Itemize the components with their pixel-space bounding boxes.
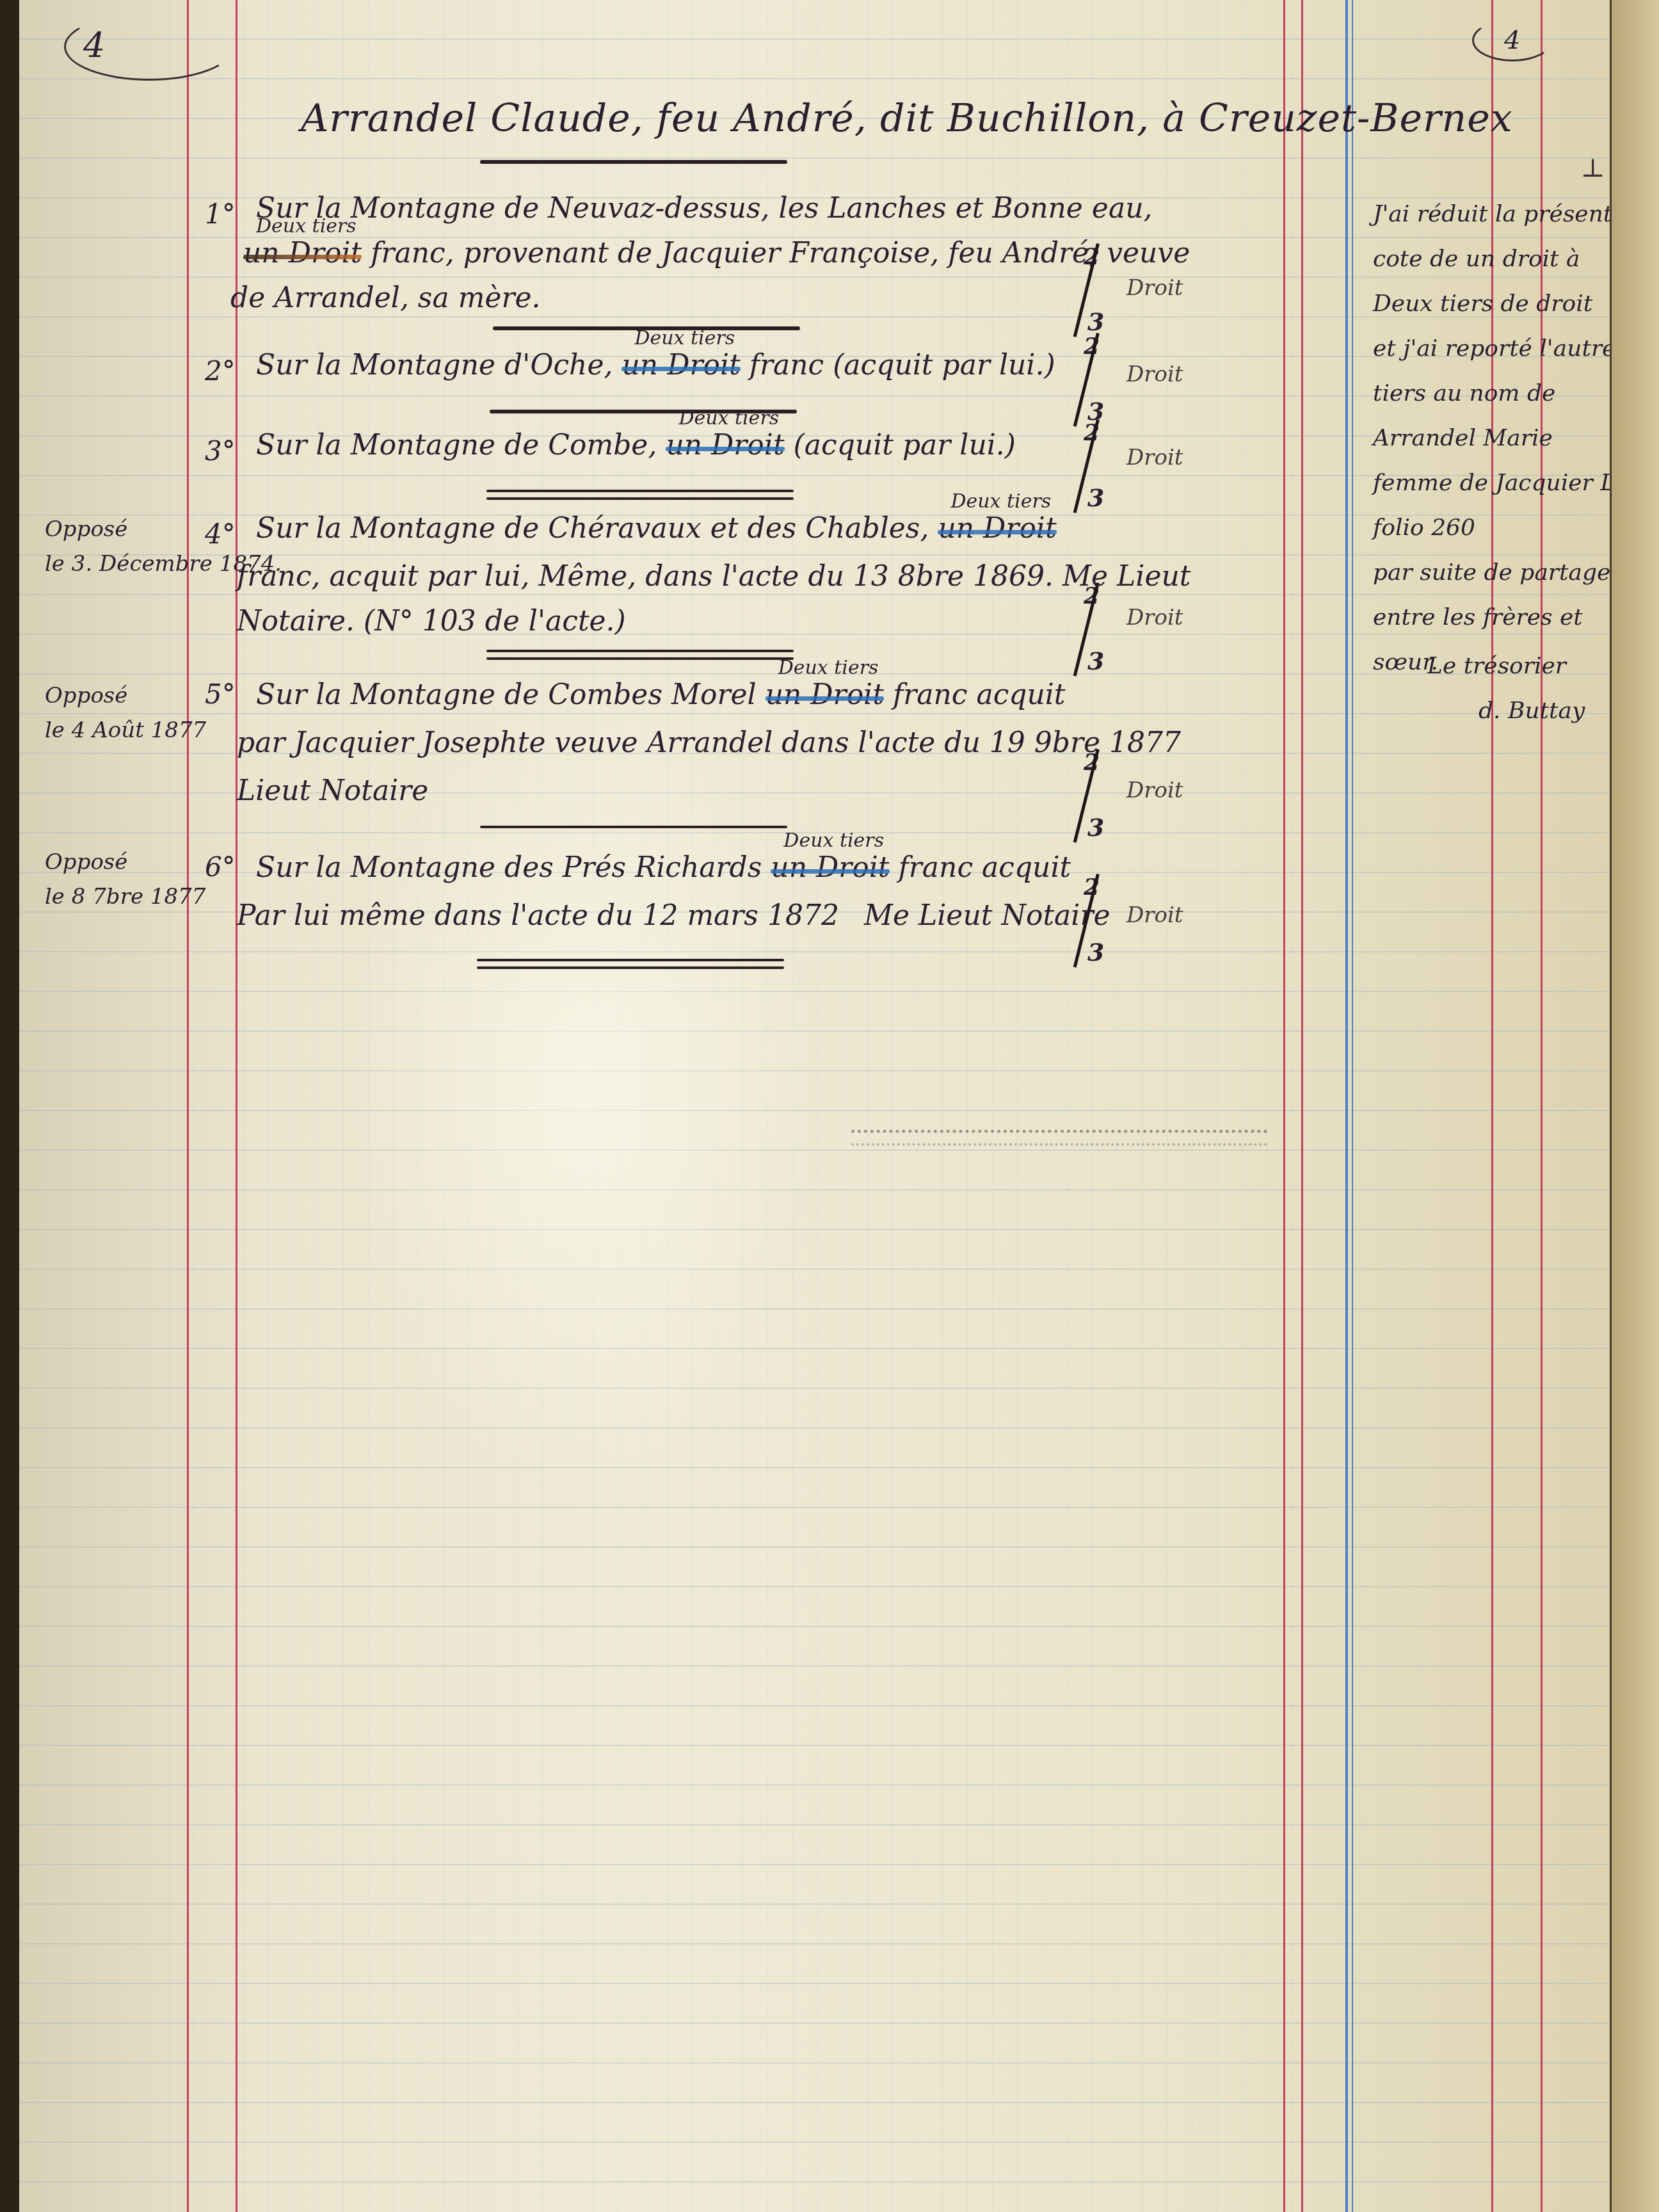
struck-text: un DroitDeux tiers [771,851,889,884]
entry-number: 6° [205,851,236,883]
share-fraction: 23 [1078,582,1117,678]
entry-separator-double [486,650,794,652]
page-number-right: 4 [1504,26,1520,55]
entry-line: Sur la Montagne de Combes Morel un Droit… [256,678,1066,711]
column-rule [1283,0,1285,2212]
ledger-entry-5: 5° Sur la Montagne de Combes Morel un Dr… [205,678,1088,806]
entry-separator-double [477,959,784,961]
owner-heading: Arrandel Claude, feu André, dit Buchillo… [301,96,1513,141]
page-number-left: 4 [83,26,105,66]
margin-note-opposition: Opposé le 8 7bre 1877 [45,845,205,914]
entry-line: Sur la Montagne de Combe, un DroitDeux t… [256,429,1016,461]
entry-number: 1° [205,198,236,230]
entry-line: par Jacquier Josephte veuve Arrandel dan… [237,726,1181,759]
ledger-entry-2: 2° Sur la Montagne d'Oche, un DroitDeux … [205,349,1088,400]
share-fraction: 23 [1078,874,1117,970]
ledger-entry-1: 1° Sur la Montagne de Neuvaz-dessus, les… [205,192,1088,320]
entry-line: Par lui même dans l'acte du 12 mars 1872 [237,899,839,932]
correction-text: Deux tiers [256,215,357,237]
share-fraction: 23 [1078,749,1117,845]
entry-line: un DroitDeux tiers franc, provenant de J… [243,237,1190,269]
share-fraction: 23 [1078,419,1117,515]
share-unit: Droit [1126,605,1183,630]
correction-text: Deux tiers [778,657,879,679]
share-fraction: 23 [1078,243,1117,339]
entry-separator-double [486,490,794,492]
heading-rule [480,160,787,164]
share-unit: Droit [1126,362,1183,387]
faded-offset-text [851,1130,1267,1146]
column-rule-blue [1352,0,1353,2212]
struck-text: un DroitDeux tiers [621,349,740,381]
adjacent-page-edge [1610,0,1659,2212]
signature-name: d. Buttay [1479,698,1585,724]
entry-number: 2° [205,355,236,387]
margin-rule [236,0,237,2212]
entry-number: 5° [205,678,236,710]
column-rule [1301,0,1303,2212]
ledger-entry-3: 3° Sur la Montagne de Combe, un DroitDeu… [205,429,1088,480]
correction-text: Deux tiers [950,490,1051,513]
entry-line: Sur la Montagne de Chéravaux et des Chab… [256,512,1057,545]
share-unit: Droit [1126,445,1183,470]
correction-text: Deux tiers [634,327,735,349]
correction-text: Deux tiers [783,829,884,852]
entry-number: 3° [205,435,236,467]
ledger-entry-4: 4° Sur la Montagne de Chéravaux et des C… [205,512,1088,646]
share-unit: Droit [1126,778,1183,803]
correction-text: Deux tiers [678,407,779,429]
entry-line: Lieut Notaire [237,774,428,807]
signature-title: Le trésorier [1427,653,1566,679]
entry-line: Notaire. (N° 103 de l'acte.) [237,605,626,637]
margin-rule [187,0,189,2212]
entry-number: 4° [205,518,236,550]
struck-text: un DroitDeux tiers [938,512,1056,545]
entry-line: Sur la Montagne de Neuvaz-dessus, les La… [256,192,1152,225]
entry-line: franc, acquit par lui, Même, dans l'acte… [237,560,1190,593]
entry-line: de Arrandel, sa mère. [230,282,540,314]
stamp-mark-icon: ⊥ [1581,154,1605,183]
struck-text: un DroitDeux tiers [243,237,362,269]
ledger-page: 4 4 ⊥ Arrandel Claude, feu André, dit Bu… [19,0,1610,2212]
share-unit: Droit [1126,902,1183,928]
struck-text: un DroitDeux tiers [765,678,884,711]
entry-line: Me Lieut Notaire [864,899,1110,932]
entry-line: Sur la Montagne d'Oche, un DroitDeux tie… [256,349,1055,381]
entry-separator [480,826,787,828]
struck-text: un DroitDeux tiers [666,429,784,461]
entry-line: Sur la Montagne des Prés Richards un Dro… [256,851,1071,884]
share-fraction: 23 [1078,333,1117,429]
margin-note-opposition: Opposé le 4 Août 1877 [45,678,206,748]
column-rule-blue [1345,0,1348,2212]
share-unit: Droit [1126,275,1183,301]
ledger-entry-6: 6° Sur la Montagne des Prés Richards un … [205,851,1088,934]
